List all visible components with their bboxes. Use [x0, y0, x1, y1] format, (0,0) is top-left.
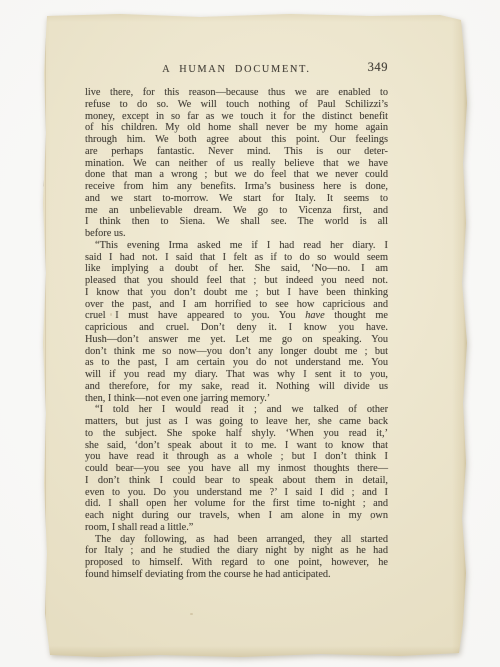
stitch-mark [41, 119, 44, 127]
stitch-mark [41, 246, 44, 254]
paper-surface: A HUMAN DOCUMENT. 349 live there, for th… [40, 13, 468, 658]
text-line: proposed to himself. With regard to one … [85, 557, 388, 569]
running-title: A HUMAN DOCUMENT. [85, 64, 388, 76]
text-line: “This evening Irma asked me if I had rea… [85, 240, 388, 252]
text-line: refuse to do so. We will touch nothing o… [85, 99, 388, 111]
text-line: and therefore, for my sake, read it. Not… [85, 381, 388, 393]
stitch-mark [41, 179, 44, 187]
text-line: I don’t think I could bear to speak abou… [85, 475, 388, 487]
text-line: will if you read my diary. That was why … [85, 369, 388, 381]
text-line: you have read it through as a whole ; bu… [85, 451, 388, 463]
text-line: over the past, and I am horrified to see… [85, 299, 388, 311]
text-line: receive from him any benefits. Irma’s bu… [85, 181, 388, 193]
text-line: could bear—you see you have all my inmos… [85, 463, 388, 475]
text-line: room, I shall read a little.” [85, 522, 388, 534]
text-line: and we start to-morrow. We start for Ita… [85, 193, 388, 205]
stitch-mark [41, 567, 44, 575]
text-line: of his children. My old home shall never… [85, 122, 388, 134]
text-line: to the subject. She spoke half shyly. ‘W… [85, 428, 388, 440]
text-line: cruel I must have appeared to you. You h… [85, 310, 388, 322]
page-text: A HUMAN DOCUMENT. 349 live there, for th… [85, 64, 388, 581]
text-line: then, I think—not even one jarring memor… [85, 393, 388, 405]
text-line: each night during our travels, when I am… [85, 510, 388, 522]
text-line: Hush—don’t answer me yet. Let me go on s… [85, 334, 388, 346]
text-line: I know that you don’t doubt me ; but I h… [85, 287, 388, 299]
text-line: through him. We both agree about this po… [85, 134, 388, 146]
text-line: found himself deviating from the course … [85, 569, 388, 581]
body-text: live there, for this reason—because thus… [85, 87, 388, 581]
page-header: A HUMAN DOCUMENT. 349 [85, 64, 388, 76]
text-line: before us. [85, 228, 388, 240]
text-line: live there, for this reason—because thus… [85, 87, 388, 99]
text-line: she said, ‘don’t speak about it to me. I… [85, 440, 388, 452]
binding-crease [45, 38, 46, 633]
text-line: “I told her I would read it ; and we tal… [85, 404, 388, 416]
text-line: said I had not. I said that I felt as if… [85, 252, 388, 264]
stitch-mark [41, 490, 44, 498]
text-line: pleased that you should feel that ; but … [85, 275, 388, 287]
text-line: like implying a doubt of her. She said, … [85, 263, 388, 275]
scan-background: A HUMAN DOCUMENT. 349 live there, for th… [0, 0, 500, 667]
text-line: I think then to Siena. We shall see. The… [85, 216, 388, 228]
text-line: matters, but just as I was going to leav… [85, 416, 388, 428]
text-line: The day following, as had been arranged,… [85, 534, 388, 546]
text-line: me an unbelievable dream. We go to Vicen… [85, 205, 388, 217]
text-line: even to you. Do you understand me ?’ I s… [85, 487, 388, 499]
text-line: did. I shall open her volume for the fir… [85, 498, 388, 510]
book-page: A HUMAN DOCUMENT. 349 live there, for th… [40, 13, 468, 658]
text-line: are perhaps fantastic. Never mind. This … [85, 146, 388, 158]
stitch-mark [41, 56, 44, 64]
text-line: mination. We can neither of us really be… [85, 158, 388, 170]
text-line: capricious and cruel. Don’t deny it. I k… [85, 322, 388, 334]
paper-speck [190, 613, 193, 615]
text-line: for Italy ; and he studied the diary nig… [85, 545, 388, 557]
page-number: 349 [368, 62, 388, 74]
text-line: as to the past, I am certain you do not … [85, 357, 388, 369]
stitch-mark [41, 503, 44, 511]
text-line: done that man a wrong ; but we do feel t… [85, 169, 388, 181]
text-line: money, except in so far as we touch it f… [85, 111, 388, 123]
text-line: don’t think me so now—you don’t any long… [85, 346, 388, 358]
